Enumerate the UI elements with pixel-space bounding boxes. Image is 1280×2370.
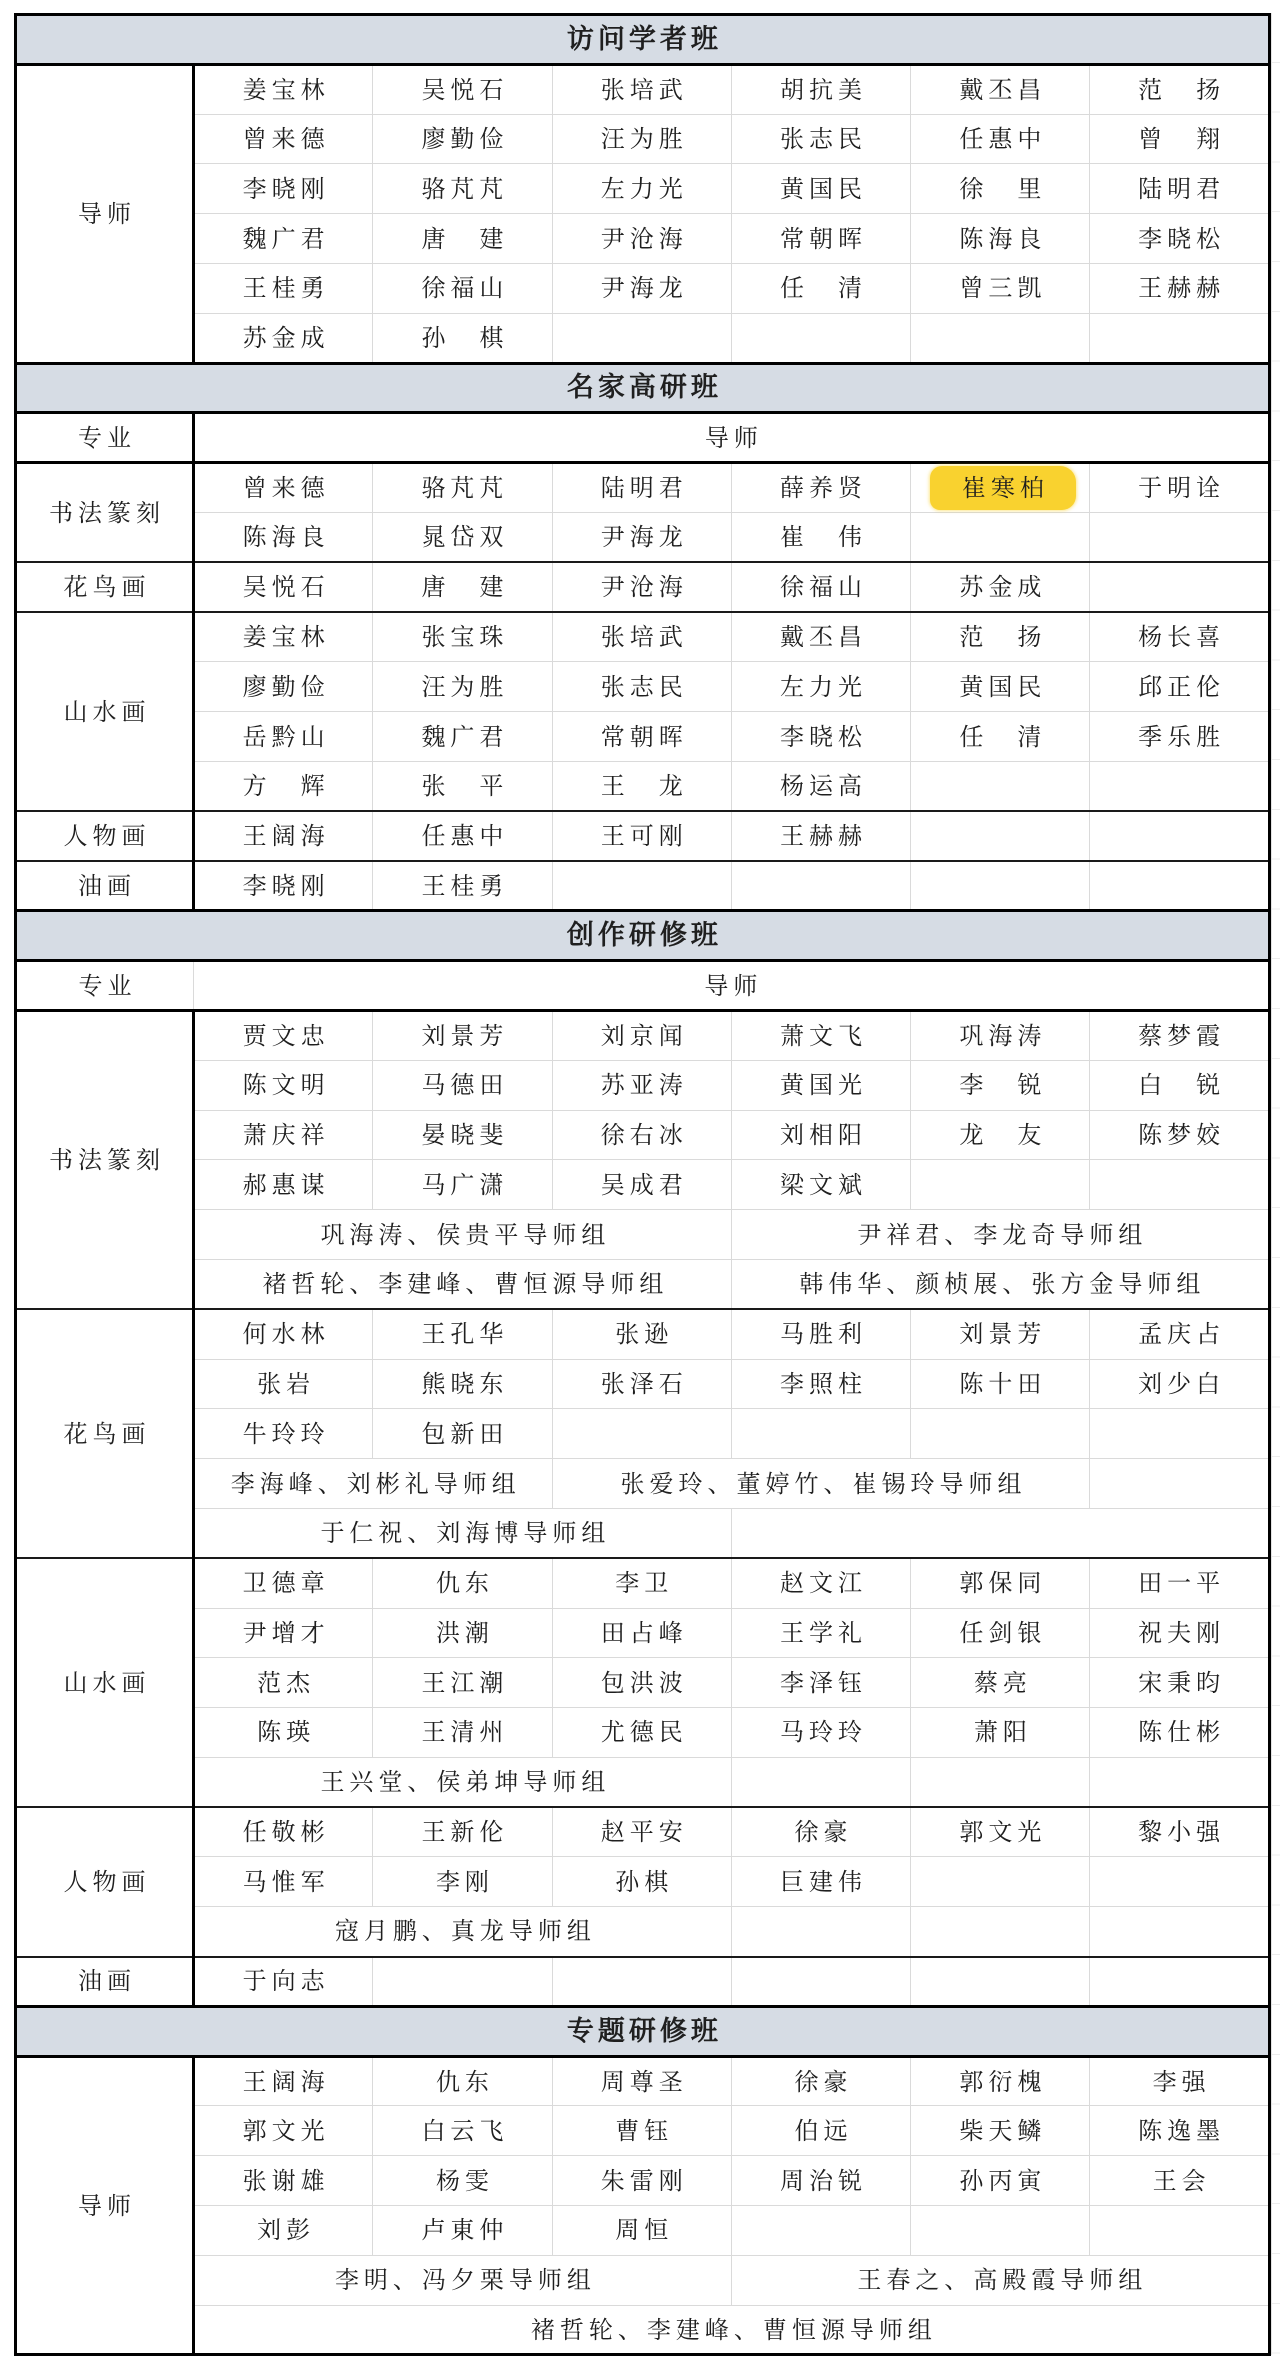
mentor-group-cell: 巩海涛、侯贵平导师组 (194, 1210, 732, 1260)
mentor-name-cell: 任剑银 (911, 1608, 1090, 1658)
mentor-name-cell: 陈梦姣 (1090, 1110, 1269, 1160)
empty-cell (911, 2206, 1090, 2256)
mentor-name-cell: 郭衍槐 (911, 2056, 1090, 2106)
empty-cell (1090, 2206, 1269, 2256)
table-row: 李海峰、刘彬礼导师组 张爱玲、董婷竹、崔锡玲导师组 (16, 1459, 1270, 1509)
table-row: 于仁祝、刘海博导师组 (16, 1508, 1270, 1558)
header-mentors: 导师 (194, 413, 1270, 463)
mentor-name-cell: 周恒 (552, 2206, 731, 2256)
mentor-name-cell: 龙 友 (911, 1110, 1090, 1160)
empty-cell (373, 1957, 552, 2007)
mentor-name-cell: 陈逸墨 (1090, 2106, 1269, 2156)
mentor-name-cell: 徐豪 (731, 2056, 910, 2106)
table-row: 褚哲轮、李建峰、曹恒源导师组 (16, 2305, 1270, 2355)
mentor-name-cell: 陈海良 (911, 214, 1090, 264)
mentor-name-cell: 李晓刚 (194, 164, 373, 214)
table-row: 书法篆刻 贾文忠 刘景芳 刘京闻 萧文飞 巩海涛 蔡梦霞 (16, 1010, 1270, 1060)
table-row: 范杰 王江潮 包洪波 李泽钰 蔡亮 宋秉昀 (16, 1658, 1270, 1708)
mentor-name-cell: 王可刚 (552, 811, 731, 861)
mentor-group-cell: 王兴堂、侯弟坤导师组 (194, 1757, 732, 1807)
empty-cell (1090, 761, 1269, 811)
mentor-name-cell: 任 清 (911, 712, 1090, 762)
mentor-name-cell: 尹海龙 (552, 512, 731, 562)
empty-cell (1090, 811, 1269, 861)
table-row: 导师 王阔海 仇东 周尊圣 徐豪 郭衍槐 李强 (16, 2056, 1270, 2106)
mentor-name-cell: 李刚 (373, 1857, 552, 1907)
empty-cell (911, 313, 1090, 363)
mentor-name-cell: 王新伦 (373, 1807, 552, 1857)
mentor-name-cell: 任惠中 (911, 114, 1090, 164)
empty-cell (911, 512, 1090, 562)
table-row: 曾来德 廖勤俭 汪为胜 张志民 任惠中 曾 翔 (16, 114, 1270, 164)
header-mentors: 导师 (194, 961, 1270, 1011)
mentor-name-cell: 汪为胜 (373, 662, 552, 712)
mentor-name-cell: 朱雷刚 (552, 2156, 731, 2206)
table-row: 魏广君 唐 建 尹沧海 常朝晖 陈海良 李晓松 (16, 214, 1270, 264)
empty-cell (1090, 1160, 1269, 1210)
mentor-name-cell: 何水林 (194, 1309, 373, 1359)
mentor-name-cell: 尹沧海 (552, 562, 731, 612)
table-row: 萧庆祥 晏晓斐 徐右冰 刘相阳 龙 友 陈梦姣 (16, 1110, 1270, 1160)
mentor-name-cell: 仇东 (373, 2056, 552, 2106)
mentor-name-cell: 马玲玲 (731, 1708, 910, 1758)
mentor-name-cell: 王孔华 (373, 1309, 552, 1359)
highlight-marker: 崔寒柏 (930, 466, 1076, 510)
table-row: 油画 于向志 (16, 1957, 1270, 2007)
mentor-name-cell: 张泽石 (552, 1359, 731, 1409)
mentor-name-cell: 骆芃芃 (373, 164, 552, 214)
mentor-group-cell: 寇月鹏、真龙导师组 (194, 1907, 732, 1957)
mentor-name-cell: 马胜利 (731, 1309, 910, 1359)
mentor-name-cell: 吴悦石 (373, 64, 552, 114)
mentor-name-cell: 张 平 (373, 761, 552, 811)
empty-cell (1090, 562, 1269, 612)
section-title-row: 创作研修班 (16, 911, 1270, 961)
mentor-name-cell: 李卫 (552, 1558, 731, 1608)
table-row: 巩海涛、侯贵平导师组 尹祥君、李龙奇导师组 (16, 1210, 1270, 1260)
empty-cell (552, 1409, 731, 1459)
mentor-name-cell: 李晓松 (1090, 214, 1269, 264)
mentor-name-cell: 岳黔山 (194, 712, 373, 762)
mentor-name-cell: 白云飞 (373, 2106, 552, 2156)
empty-cell (911, 1160, 1090, 1210)
empty-cell (1090, 1957, 1269, 2007)
mentor-name-cell: 张培武 (552, 64, 731, 114)
mentor-name-cell: 曾 翔 (1090, 114, 1269, 164)
section-title: 名家高研班 (16, 363, 1270, 413)
empty-cell (731, 2206, 910, 2256)
mentor-name-cell: 魏广君 (194, 214, 373, 264)
mentor-name-cell: 薛养贤 (731, 463, 910, 513)
mentor-name-cell: 宋秉昀 (1090, 1658, 1269, 1708)
mentor-name-cell: 祝夫刚 (1090, 1608, 1269, 1658)
table-row: 刘彭 卢東仲 周恒 (16, 2206, 1270, 2256)
empty-cell (911, 1409, 1090, 1459)
mentor-name-cell: 任惠中 (373, 811, 552, 861)
mentor-name-cell: 常朝晖 (731, 214, 910, 264)
mentor-name-cell: 包洪波 (552, 1658, 731, 1708)
mentor-name-cell: 蔡梦霞 (1090, 1010, 1269, 1060)
mentor-name-cell: 于明诠 (1090, 463, 1269, 513)
mentor-name-cell: 尹沧海 (552, 214, 731, 264)
mentor-name-cell: 马惟军 (194, 1857, 373, 1907)
mentor-name-cell: 吴成君 (552, 1160, 731, 1210)
mentor-name-cell: 郭保同 (911, 1558, 1090, 1608)
table-row: 王桂勇 徐福山 尹海龙 任 清 曾三凯 王赫赫 (16, 263, 1270, 313)
mentor-name-cell: 杨雯 (373, 2156, 552, 2206)
spreadsheet-gridlines (1271, 13, 1280, 2355)
mentor-name-cell: 王学礼 (731, 1608, 910, 1658)
mentor-name-cell: 邱正伦 (1090, 662, 1269, 712)
mentor-name-cell: 刘彭 (194, 2206, 373, 2256)
table-row: 寇月鹏、真龙导师组 (16, 1907, 1270, 1957)
mentor-name-cell: 戴丕昌 (731, 612, 910, 662)
table-row: 牛玲玲 包新田 (16, 1409, 1270, 1459)
empty-cell (1090, 512, 1269, 562)
mentor-name-cell: 王桂勇 (194, 263, 373, 313)
mentor-name-cell: 曾来德 (194, 463, 373, 513)
mentor-name-cell: 方 辉 (194, 761, 373, 811)
mentor-name-cell: 李 锐 (911, 1060, 1090, 1110)
mentor-name-cell: 黄国民 (911, 662, 1090, 712)
category-label: 油画 (16, 1957, 194, 2007)
mentor-name-cell: 徐福山 (373, 263, 552, 313)
category-label: 人物画 (16, 811, 194, 861)
mentor-name-cell: 廖勤俭 (194, 662, 373, 712)
mentor-name-cell: 陈仕彬 (1090, 1708, 1269, 1758)
mentor-name-cell: 王赫赫 (731, 811, 910, 861)
mentor-name-cell: 范 扬 (911, 612, 1090, 662)
table-row: 陈文明 马德田 苏亚涛 黄国光 李 锐 白 锐 (16, 1060, 1270, 1110)
empty-cell (911, 1957, 1090, 2007)
mentor-name-cell: 季乐胜 (1090, 712, 1269, 762)
column-header-row: 专业 导师 (16, 961, 1270, 1011)
mentor-name-cell: 杨长喜 (1090, 612, 1269, 662)
empty-cell (1090, 1409, 1269, 1459)
mentor-name-cell: 王赫赫 (1090, 263, 1269, 313)
mentor-name-cell: 范 扬 (1090, 64, 1269, 114)
mentor-name-cell: 周治锐 (731, 2156, 910, 2206)
empty-cell (911, 1757, 1090, 1807)
table-row: 李晓刚 骆芃芃 左力光 黄国民 徐 里 陆明君 (16, 164, 1270, 214)
mentor-name-cell: 吴悦石 (194, 562, 373, 612)
empty-cell (731, 861, 910, 911)
mentor-name-cell: 陈十田 (911, 1359, 1090, 1409)
mentor-name-cell: 徐福山 (731, 562, 910, 612)
mentor-name-cell: 张谢雄 (194, 2156, 373, 2206)
section-title: 专题研修班 (16, 2006, 1270, 2056)
mentor-name-cell: 唐 建 (373, 214, 552, 264)
empty-cell (731, 1907, 910, 1957)
mentor-name-cell: 郝惠谋 (194, 1160, 373, 1210)
mentor-group-cell: 李明、冯夕栗导师组 (194, 2255, 732, 2305)
mentor-name-cell: 徐 里 (911, 164, 1090, 214)
category-label: 导师 (16, 2056, 194, 2355)
header-category: 专业 (16, 961, 194, 1011)
mentor-name-cell: 白 锐 (1090, 1060, 1269, 1110)
table-row: 导师 姜宝林 吴悦石 张培武 胡抗美 戴丕昌 范 扬 (16, 64, 1270, 114)
mentor-name-cell: 王桂勇 (373, 861, 552, 911)
empty-cell (1090, 1907, 1269, 1957)
mentor-name-cell: 郭文光 (194, 2106, 373, 2156)
mentor-name-cell: 熊晓东 (373, 1359, 552, 1409)
section-title-row: 名家高研班 (16, 363, 1270, 413)
mentor-name-cell: 王阔海 (194, 2056, 373, 2106)
empty-cell (911, 811, 1090, 861)
mentor-name-cell: 田占峰 (552, 1608, 731, 1658)
mentor-name-cell: 苏金成 (911, 562, 1090, 612)
mentor-name-cell: 卢東仲 (373, 2206, 552, 2256)
table-row: 陈瑛 王清州 尤德民 马玲玲 萧阳 陈仕彬 (16, 1708, 1270, 1758)
table-row: 张谢雄 杨雯 朱雷刚 周治锐 孙丙寅 王会 (16, 2156, 1270, 2206)
table-row: 马惟军 李刚 孙棋 巨建伟 (16, 1857, 1270, 1907)
mentor-name-cell: 柴天鳞 (911, 2106, 1090, 2156)
empty-cell (911, 1857, 1090, 1907)
mentor-name-cell: 刘少白 (1090, 1359, 1269, 1409)
mentor-name-cell: 李晓刚 (194, 861, 373, 911)
table-row: 尹增才 洪潮 田占峰 王学礼 任剑银 祝夫刚 (16, 1608, 1270, 1658)
mentor-name-cell: 崔 伟 (731, 512, 910, 562)
mentor-name-cell: 晁岱双 (373, 512, 552, 562)
mentor-name-cell: 曾三凯 (911, 263, 1090, 313)
mentor-name-cell: 卫德章 (194, 1558, 373, 1608)
header-category: 专业 (16, 413, 194, 463)
mentor-name-cell: 赵平安 (552, 1807, 731, 1857)
mentor-name-cell: 郭文光 (911, 1807, 1090, 1857)
mentor-group-cell: 张爱玲、董婷竹、崔锡玲导师组 (552, 1459, 1090, 1509)
empty-cell (731, 1957, 910, 2007)
empty-cell (911, 761, 1090, 811)
mentor-name-cell: 刘景芳 (373, 1010, 552, 1060)
category-label: 花鸟画 (16, 562, 194, 612)
empty-cell (552, 861, 731, 911)
mentor-name-cell: 孙 棋 (373, 313, 552, 363)
mentor-name-cell: 张培武 (552, 612, 731, 662)
mentor-name-cell: 尤德民 (552, 1708, 731, 1758)
mentor-name-cell: 黄国光 (731, 1060, 910, 1110)
table-row: 李明、冯夕栗导师组 王春之、高殿霞导师组 (16, 2255, 1270, 2305)
mentor-name-cell: 马德田 (373, 1060, 552, 1110)
mentor-name-cell: 任 清 (731, 263, 910, 313)
table-row: 张岩 熊晓东 张泽石 李照柱 陈十田 刘少白 (16, 1359, 1270, 1409)
mentor-name-cell: 尹海龙 (552, 263, 731, 313)
category-label: 人物画 (16, 1807, 194, 1956)
mentor-name-cell: 徐右冰 (552, 1110, 731, 1160)
mentor-name-cell: 任敬彬 (194, 1807, 373, 1857)
mentor-name-cell: 姜宝林 (194, 612, 373, 662)
mentor-name-cell: 杨运高 (731, 761, 910, 811)
category-label: 书法篆刻 (16, 1010, 194, 1309)
empty-cell (911, 861, 1090, 911)
table-row: 廖勤俭 汪为胜 张志民 左力光 黄国民 邱正伦 (16, 662, 1270, 712)
mentor-name-cell: 张岩 (194, 1359, 373, 1409)
mentor-name-cell: 刘京闻 (552, 1010, 731, 1060)
column-header-row: 专业 导师 (16, 413, 1270, 463)
empty-cell (731, 1409, 910, 1459)
mentor-name-cell: 张志民 (731, 114, 910, 164)
mentor-name-cell: 贾文忠 (194, 1010, 373, 1060)
mentor-group-cell: 李海峰、刘彬礼导师组 (194, 1459, 553, 1509)
mentor-name-cell: 王清州 (373, 1708, 552, 1758)
mentor-name-cell: 魏广君 (373, 712, 552, 762)
mentor-name-cell: 马广潇 (373, 1160, 552, 1210)
mentor-name-cell: 赵文江 (731, 1558, 910, 1608)
mentor-name-cell: 曹钰 (552, 2106, 731, 2156)
mentor-name-cell: 于向志 (194, 1957, 373, 2007)
mentor-name-cell: 常朝晖 (552, 712, 731, 762)
mentor-name-cell: 陈瑛 (194, 1708, 373, 1758)
mentor-name-cell: 张志民 (552, 662, 731, 712)
table-row: 褚哲轮、李建峰、曹恒源导师组 韩伟华、颜桢展、张方金导师组 (16, 1259, 1270, 1309)
mentor-name-cell: 苏金成 (194, 313, 373, 363)
table-row: 苏金成 孙 棋 (16, 313, 1270, 363)
mentor-name-cell: 王阔海 (194, 811, 373, 861)
mentor-name-cell: 刘相阳 (731, 1110, 910, 1160)
table-row: 王兴堂、侯弟坤导师组 (16, 1757, 1270, 1807)
mentor-name-cell: 左力光 (552, 164, 731, 214)
mentor-name-cell: 孙丙寅 (911, 2156, 1090, 2206)
empty-cell (552, 313, 731, 363)
mentor-name-cell: 骆芃芃 (373, 463, 552, 513)
empty-cell (911, 1907, 1090, 1957)
mentor-name-cell: 巨建伟 (731, 1857, 910, 1907)
mentor-name-cell: 巩海涛 (911, 1010, 1090, 1060)
category-label: 书法篆刻 (16, 463, 194, 563)
table-row: 书法篆刻 曾来德 骆芃芃 陆明君 薛养贤 崔寒柏 于明诠 (16, 463, 1270, 513)
mentor-name-cell: 张宝珠 (373, 612, 552, 662)
mentor-name-cell: 仇东 (373, 1558, 552, 1608)
mentor-name-cell: 晏晓斐 (373, 1110, 552, 1160)
mentor-name-cell: 牛玲玲 (194, 1409, 373, 1459)
category-label: 油画 (16, 861, 194, 911)
section-title-row: 访问学者班 (16, 15, 1270, 65)
mentor-name-cell: 包新田 (373, 1409, 552, 1459)
mentor-name-cell: 黎小强 (1090, 1807, 1269, 1857)
table-row: 山水画 卫德章 仇东 李卫 赵文江 郭保同 田一平 (16, 1558, 1270, 1608)
mentor-group-cell: 尹祥君、李龙奇导师组 (731, 1210, 1269, 1260)
empty-cell (1090, 1757, 1269, 1807)
mentor-group-cell: 褚哲轮、李建峰、曹恒源导师组 (194, 1259, 732, 1309)
table-row: 岳黔山 魏广君 常朝晖 李晓松 任 清 季乐胜 (16, 712, 1270, 762)
mentor-name-cell: 萧庆祥 (194, 1110, 373, 1160)
mentor-group-cell: 王春之、高殿霞导师组 (731, 2255, 1269, 2305)
category-label: 导师 (16, 64, 194, 363)
mentor-name-cell: 李泽钰 (731, 1658, 910, 1708)
mentor-name-cell: 蔡亮 (911, 1658, 1090, 1708)
table-row: 油画 李晓刚 王桂勇 (16, 861, 1270, 911)
table-row: 方 辉 张 平 王 龙 杨运高 (16, 761, 1270, 811)
empty-cell (1090, 1459, 1269, 1509)
category-label: 花鸟画 (16, 1309, 194, 1558)
category-label: 山水画 (16, 612, 194, 811)
mentor-name-cell: 王 龙 (552, 761, 731, 811)
mentor-name-cell: 戴丕昌 (911, 64, 1090, 114)
mentor-name-cell: 萧文飞 (731, 1010, 910, 1060)
empty-cell (1090, 861, 1269, 911)
mentor-name-cell: 廖勤俭 (373, 114, 552, 164)
mentor-name-cell: 姜宝林 (194, 64, 373, 114)
section-title-row: 专题研修班 (16, 2006, 1270, 2056)
mentor-name-cell: 陈文明 (194, 1060, 373, 1110)
table-row: 郭文光 白云飞 曹钰 伯远 柴天鳞 陈逸墨 (16, 2106, 1270, 2156)
mentor-name-cell: 唐 建 (373, 562, 552, 612)
mentor-group-cell: 于仁祝、刘海博导师组 (194, 1508, 732, 1558)
mentor-name-cell: 伯远 (731, 2106, 910, 2156)
empty-cell (731, 1757, 910, 1807)
mentor-name-cell: 徐豪 (731, 1807, 910, 1857)
mentor-name-cell: 苏亚涛 (552, 1060, 731, 1110)
mentor-group-cell: 褚哲轮、李建峰、曹恒源导师组 (194, 2305, 1270, 2355)
mentor-name-cell: 陆明君 (552, 463, 731, 513)
mentor-name-cell: 刘景芳 (911, 1309, 1090, 1359)
empty-cell (731, 313, 910, 363)
section-title: 创作研修班 (16, 911, 1270, 961)
mentor-name-cell: 孟庆占 (1090, 1309, 1269, 1359)
mentor-name-cell: 黄国民 (731, 164, 910, 214)
table-row: 人物画 任敬彬 王新伦 赵平安 徐豪 郭文光 黎小强 (16, 1807, 1270, 1857)
mentor-name-cell: 胡抗美 (731, 64, 910, 114)
table-row: 陈海良 晁岱双 尹海龙 崔 伟 (16, 512, 1270, 562)
mentor-name-cell: 王会 (1090, 2156, 1269, 2206)
category-label: 山水画 (16, 1558, 194, 1807)
mentor-name-cell: 左力光 (731, 662, 910, 712)
section-title: 访问学者班 (16, 15, 1270, 65)
empty-cell (552, 1957, 731, 2007)
mentor-name-cell: 李照柱 (731, 1359, 910, 1409)
mentor-name-cell-highlighted: 崔寒柏 (911, 463, 1090, 513)
mentor-name-cell: 李晓松 (731, 712, 910, 762)
mentor-group-cell: 韩伟华、颜桢展、张方金导师组 (731, 1259, 1269, 1309)
empty-cell (1090, 313, 1269, 363)
table-row: 郝惠谋 马广潇 吴成君 梁文斌 (16, 1160, 1270, 1210)
mentor-name-cell: 王江潮 (373, 1658, 552, 1708)
mentor-name-cell: 梁文斌 (731, 1160, 910, 1210)
mentor-name-cell: 洪潮 (373, 1608, 552, 1658)
empty-cell (731, 1508, 1269, 1558)
mentor-name-cell: 张逊 (552, 1309, 731, 1359)
mentor-name-cell: 孙棋 (552, 1857, 731, 1907)
table-row: 花鸟画 何水林 王孔华 张逊 马胜利 刘景芳 孟庆占 (16, 1309, 1270, 1359)
mentor-name-cell: 周尊圣 (552, 2056, 731, 2106)
mentor-name-cell: 田一平 (1090, 1558, 1269, 1608)
mentor-name-cell: 陈海良 (194, 512, 373, 562)
mentor-name-cell: 萧阳 (911, 1708, 1090, 1758)
mentor-name-cell: 曾来德 (194, 114, 373, 164)
mentor-name-cell: 范杰 (194, 1658, 373, 1708)
mentor-name-cell: 陆明君 (1090, 164, 1269, 214)
table-row: 山水画 姜宝林 张宝珠 张培武 戴丕昌 范 扬 杨长喜 (16, 612, 1270, 662)
table-row: 人物画 王阔海 任惠中 王可刚 王赫赫 (16, 811, 1270, 861)
table-row: 花鸟画 吴悦石 唐 建 尹沧海 徐福山 苏金成 (16, 562, 1270, 612)
mentor-name-cell: 汪为胜 (552, 114, 731, 164)
mentor-name-cell: 李强 (1090, 2056, 1269, 2106)
mentor-name-cell: 尹增才 (194, 1608, 373, 1658)
empty-cell (1090, 1857, 1269, 1907)
mentor-roster-table: 访问学者班 导师 姜宝林 吴悦石 张培武 胡抗美 戴丕昌 范 扬 曾来德 廖勤俭… (14, 13, 1271, 2356)
